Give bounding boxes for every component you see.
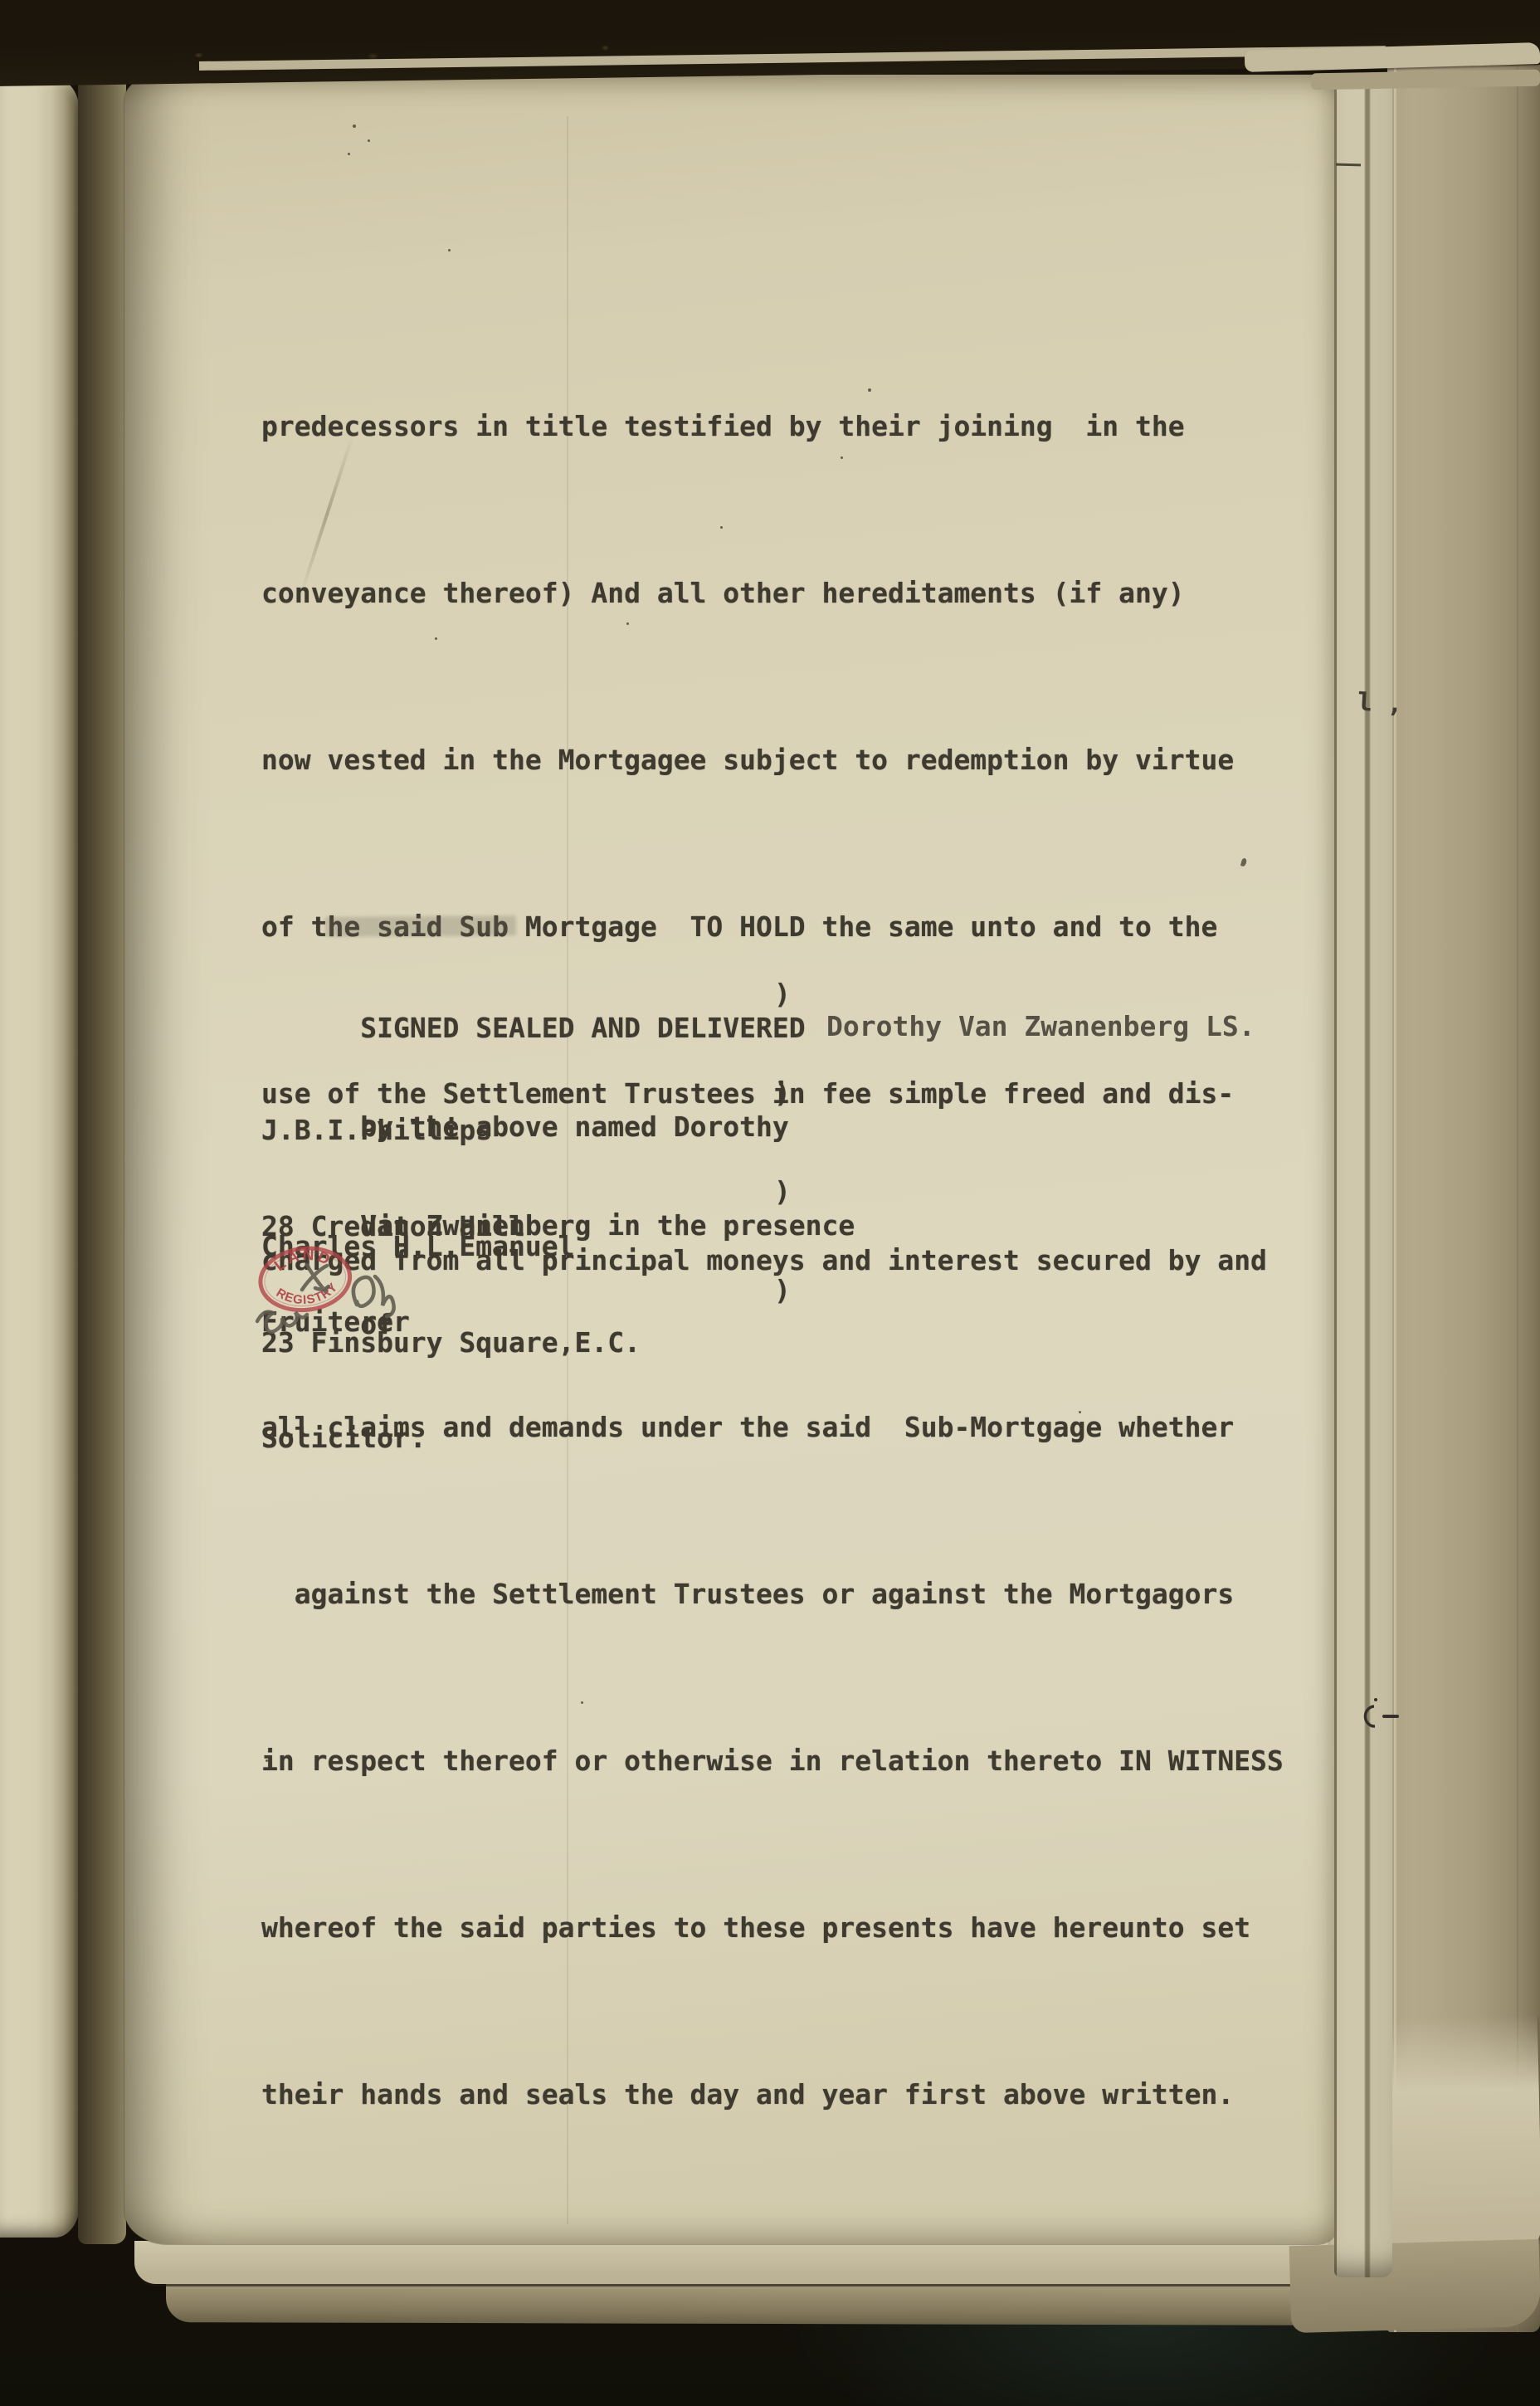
body-line: conveyance thereof) And all other heredi… [261,565,1284,621]
pencil-scribbles [249,1228,465,1394]
pencil-smudge [325,915,516,937]
paper-speck [353,124,356,128]
stacked-page-edge-bottom-tan [166,2279,1352,2325]
body-line: their hands and seals the day and year f… [261,2067,1284,2122]
attestation-row: SIGNED SEALED AND DELIVERED ) [261,977,360,1011]
attestation-bracket: ) [774,977,791,1011]
attestation-line: SIGNED SEALED AND DELIVERED [360,1011,805,1045]
paper-speck [348,153,350,155]
book-gutter-shadow [78,76,126,2244]
body-line: against the Settlement Trustees or again… [261,1566,1284,1622]
body-line: predecessors in title testified by their… [261,398,1284,454]
attestation-bracket: ) [774,1174,791,1208]
attestation-bracket: ) [774,1076,791,1110]
pencil-scribble-right [353,1277,374,1306]
paper-speck [368,139,370,142]
attestation-bracket: ) [774,1273,791,1307]
body-line: in respect thereof or otherwise in relat… [261,1733,1284,1789]
witness-line: J.B.I.Phillips [261,1115,525,1147]
fore-edge-text-fragment: l , [1357,688,1403,720]
fore-edge-ink-mark [1352,1698,1402,1735]
page-stack-fore-edge [1387,41,1540,2332]
page-fore-edge-strip [1334,76,1392,2277]
paper-speck [448,249,451,251]
witness-line: Solicitor. [261,1423,641,1455]
pencil-scribble-left [257,1312,307,1332]
body-line: whereof the said parties to these presen… [261,1900,1284,1955]
body-line: now vested in the Mortgagee subject to r… [261,732,1284,788]
stacked-page-edge-bottom-cream [134,2241,1396,2284]
signature-dorothy-van-zwanenberg: Dorothy Van Zwanenberg LS. [826,1010,1255,1043]
book-document-photo: predecessors in title testified by their… [0,0,1540,2406]
protruding-page-corner-torn [1289,2239,1540,2333]
background-top-band [0,0,1540,86]
left-page-edge [0,80,80,2238]
